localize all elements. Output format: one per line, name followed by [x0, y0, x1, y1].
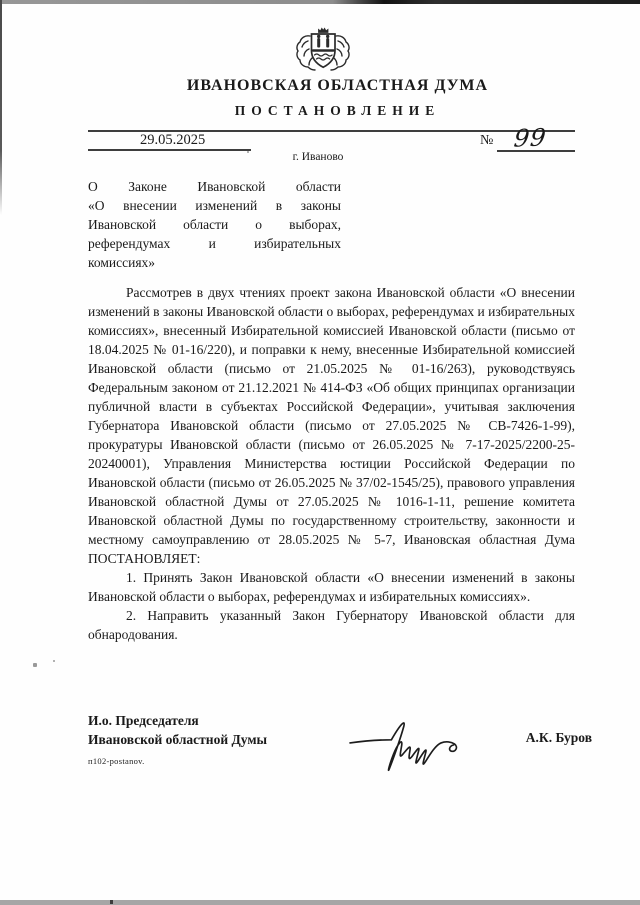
signature-block: И.о. Председателя Ивановской областной Д…: [88, 711, 592, 781]
subject-line: «О внесении изменений в законы: [88, 196, 341, 215]
coat-of-arms-icon: [292, 26, 354, 77]
scan-speck: [53, 660, 55, 662]
subject-line: референдумах и избирательных: [88, 234, 341, 253]
document-body: О Законе Ивановской области «О внесении …: [88, 177, 575, 644]
scan-artifact-left-edge: [0, 0, 2, 215]
signer-name: А.К. Буров: [526, 730, 592, 746]
org-name: ИВАНОВСКАЯ ОБЛАСТНАЯ ДУМА: [85, 77, 590, 95]
document-number-handwritten: 99: [512, 123, 548, 152]
preamble-paragraph: Рассмотрев в двух чтениях проект закона …: [88, 283, 575, 568]
place-name: г. Иваново: [88, 151, 548, 163]
document-date: 29.05.2025: [140, 132, 205, 149]
document-page: ИВАНОВСКАЯ ОБЛАСТНАЯ ДУМА ПОСТАНОВЛЕНИЕ …: [0, 0, 640, 905]
document-type-title: ПОСТАНОВЛЕНИЕ: [85, 103, 590, 119]
number-label: №: [480, 133, 493, 149]
scan-speck: [110, 900, 113, 904]
scan-artifact-top-band: [0, 0, 640, 4]
resolution-item-2: 2. Направить указанный Закон Губернатору…: [88, 606, 575, 644]
resolution-item-1: 1. Принять Закон Ивановской области «О в…: [88, 568, 575, 606]
subject-line: О Законе Ивановской области: [88, 177, 341, 196]
signer-position: И.о. Председателя Ивановской областной Д…: [88, 711, 592, 749]
subject-line: комиссиях»: [88, 253, 341, 272]
signer-position-line: И.о. Председателя: [88, 711, 592, 730]
handwritten-signature-icon: [346, 715, 474, 775]
subject-line: Ивановской области о выборах,: [88, 215, 341, 234]
scan-artifact-bottom-band: [0, 900, 640, 905]
document-footer-code: п102-postanov.: [88, 756, 145, 766]
document-subject: О Законе Ивановской области «О внесении …: [88, 177, 341, 272]
scan-speck: [33, 663, 37, 667]
signer-position-line: Ивановской областной Думы: [88, 730, 592, 749]
